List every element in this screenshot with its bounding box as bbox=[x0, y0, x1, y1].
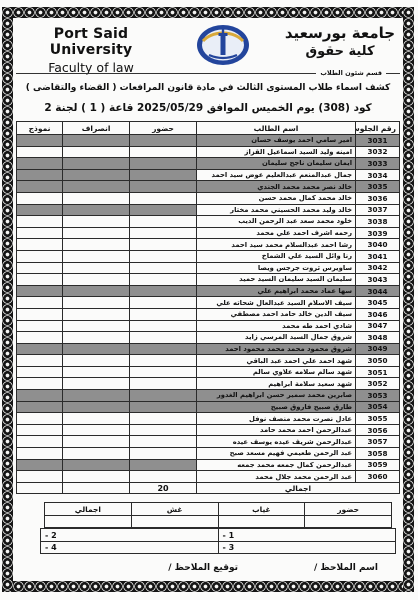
decorative-border-left bbox=[2, 7, 13, 592]
student-row: 3055عادل نصرت محمد منصف نوفل bbox=[17, 413, 400, 425]
attendance-cell bbox=[130, 401, 197, 413]
summary-header-1: غياب bbox=[218, 503, 305, 516]
form-cell bbox=[17, 285, 63, 297]
form-cell bbox=[17, 239, 63, 251]
leave-cell bbox=[63, 239, 130, 251]
total-form-cell bbox=[17, 482, 63, 494]
leave-cell bbox=[63, 320, 130, 332]
leave-cell bbox=[63, 181, 130, 193]
student-row: 3034جمال عبدالمنعم عبدالعليم عوض سيد احم… bbox=[17, 169, 400, 181]
seat-number-cell: 3057 bbox=[356, 436, 400, 448]
leave-cell bbox=[63, 227, 130, 239]
seat-number-cell: 3049 bbox=[356, 343, 400, 355]
seat-number-cell: 3052 bbox=[356, 378, 400, 390]
faculty-name-ar: كلية حقوق bbox=[280, 44, 400, 59]
student-name-cell: سليمان السيد سليمان السيد حميد bbox=[197, 274, 356, 286]
attendance-cell bbox=[130, 158, 197, 170]
attendance-cell bbox=[130, 378, 197, 390]
attendance-cell bbox=[130, 332, 197, 344]
student-row: 3045سيف الاسلام السيد عبدالعال شحاته علي bbox=[17, 297, 400, 309]
form-cell bbox=[17, 343, 63, 355]
leave-cell bbox=[63, 216, 130, 228]
student-row: 3050شهد احمد علي احمد عبد الباقي bbox=[17, 355, 400, 367]
leave-cell bbox=[63, 413, 130, 425]
attendance-cell bbox=[130, 297, 197, 309]
summary-header-row: حضورغيابغشاجمالي bbox=[45, 503, 392, 516]
seat-number-cell: 3036 bbox=[356, 192, 400, 204]
summary-header-0: حضور bbox=[305, 503, 392, 516]
student-row: 3039رحمه اشرف احمد علي محمد bbox=[17, 227, 400, 239]
leave-cell bbox=[63, 448, 130, 460]
leave-cell bbox=[63, 297, 130, 309]
attendance-cell bbox=[130, 366, 197, 378]
student-name-cell: صابرين محمد سمير حسن ابراهيم الغدور bbox=[197, 390, 356, 402]
seat-number-cell: 3032 bbox=[356, 146, 400, 158]
form-cell bbox=[17, 401, 63, 413]
seat-number-cell: 3059 bbox=[356, 459, 400, 471]
form-cell bbox=[17, 262, 63, 274]
student-name-cell: رشا احمد عبدالسلام محمد سيد احمد bbox=[197, 239, 356, 251]
seat-number-cell: 3039 bbox=[356, 227, 400, 239]
seat-number-cell: 3051 bbox=[356, 366, 400, 378]
summary-table: حضورغيابغشاجمالي bbox=[44, 502, 392, 528]
exam-session-info: كود (308) يوم الخميس الموافق 2025/05/29 … bbox=[16, 102, 400, 114]
attendance-cell bbox=[130, 181, 197, 193]
student-name-cell: شهد سالم سلامه علاوي سالم bbox=[197, 366, 356, 378]
student-row: 3046سيف الدين خالد حامد احمد مصطفي bbox=[17, 308, 400, 320]
form-cell bbox=[17, 250, 63, 262]
seat-number-cell: 3058 bbox=[356, 448, 400, 460]
seat-number-cell: 3055 bbox=[356, 413, 400, 425]
student-name-cell: خلود محمد سعد عبد الرحمن الديب bbox=[197, 216, 356, 228]
leave-cell bbox=[63, 332, 130, 344]
form-cell bbox=[17, 424, 63, 436]
attendance-cell bbox=[130, 471, 197, 483]
leave-cell bbox=[63, 343, 130, 355]
attendance-cell bbox=[130, 343, 197, 355]
attendance-cell bbox=[130, 135, 197, 147]
form-cell bbox=[17, 135, 63, 147]
form-cell bbox=[17, 297, 63, 309]
student-name-cell: سيف الاسلام السيد عبدالعال شحاته علي bbox=[197, 297, 356, 309]
student-row: 3036خالد محمد كمال محمد حسن bbox=[17, 192, 400, 204]
seat-number-cell: 3045 bbox=[356, 297, 400, 309]
note-line-1: - 1 bbox=[218, 529, 396, 542]
seat-number-cell: 3041 bbox=[356, 250, 400, 262]
student-name-cell: خالد نصر محمد محمد الجندي bbox=[197, 181, 356, 193]
observer-signature-label: توقيع الملاحظ / bbox=[168, 563, 238, 573]
form-cell bbox=[17, 308, 63, 320]
student-name-cell: عادل نصرت محمد منصف نوفل bbox=[197, 413, 356, 425]
student-row: 3051شهد سالم سلامه علاوي سالم bbox=[17, 366, 400, 378]
leave-cell bbox=[63, 355, 130, 367]
col-header-seat-number: رقم الجلوس bbox=[356, 122, 400, 135]
attendance-cell bbox=[130, 285, 197, 297]
leave-cell bbox=[63, 135, 130, 147]
leave-cell bbox=[63, 250, 130, 262]
attendance-cell bbox=[130, 250, 197, 262]
department-label: قسم شئون الطلاب bbox=[316, 69, 386, 77]
student-row: 3033ايمان سليمان ناجح سليمان bbox=[17, 158, 400, 170]
attendance-cell bbox=[130, 192, 197, 204]
attendance-sheet-page: { "header": { "university_en": "Port Sai… bbox=[0, 0, 418, 600]
seat-number-cell: 3060 bbox=[356, 471, 400, 483]
form-cell bbox=[17, 204, 63, 216]
seat-number-cell: 3035 bbox=[356, 181, 400, 193]
student-row: 3054طارق صبيح فاروق صبيح bbox=[17, 401, 400, 413]
notes-row: - 1 - 2 bbox=[41, 529, 396, 542]
col-header-leave: انصراف bbox=[63, 122, 130, 135]
form-cell bbox=[17, 459, 63, 471]
total-leave-cell bbox=[63, 482, 130, 494]
form-cell bbox=[17, 192, 63, 204]
note-line-4: - 4 bbox=[41, 541, 219, 554]
attendance-cell bbox=[130, 424, 197, 436]
notes-row: - 3 - 4 bbox=[41, 541, 396, 554]
student-row: 3042ساويرس ثروت جرجس ويصا bbox=[17, 262, 400, 274]
summary-header-3: اجمالي bbox=[45, 503, 132, 516]
summary-header-2: غش bbox=[131, 503, 218, 516]
student-name-cell: طارق صبيح فاروق صبيح bbox=[197, 401, 356, 413]
student-row: 3031امير سامي احمد يوسف حسان bbox=[17, 135, 400, 147]
student-name-cell: خالد وليد محمد الحسيني محمد مختار bbox=[197, 204, 356, 216]
student-row: 3043سليمان السيد سليمان السيد حميد bbox=[17, 274, 400, 286]
student-name-cell: عبدالرحمن كمال جمعه محمد جمعه bbox=[197, 459, 356, 471]
leave-cell bbox=[63, 169, 130, 181]
form-cell bbox=[17, 158, 63, 170]
summary-value-cell bbox=[131, 516, 218, 528]
seat-number-cell: 3031 bbox=[356, 135, 400, 147]
seat-number-cell: 3033 bbox=[356, 158, 400, 170]
student-row: 3040رشا احمد عبدالسلام محمد سيد احمد bbox=[17, 239, 400, 251]
form-cell bbox=[17, 471, 63, 483]
leave-cell bbox=[63, 158, 130, 170]
seat-number-cell: 3046 bbox=[356, 308, 400, 320]
col-header-student-name: اسم الطالب bbox=[197, 122, 356, 135]
student-name-cell: خالد محمد كمال محمد حسن bbox=[197, 192, 356, 204]
student-row: 3057عبدالرحمن شريف عيده يوسف عيده bbox=[17, 436, 400, 448]
attendance-cell bbox=[130, 239, 197, 251]
leave-cell bbox=[63, 366, 130, 378]
note-line-3: - 3 bbox=[218, 541, 396, 554]
student-row: 3059عبدالرحمن كمال جمعه محمد جمعه bbox=[17, 459, 400, 471]
leave-cell bbox=[63, 401, 130, 413]
student-row: 3044سها عماد محمد ابراهيم علي bbox=[17, 285, 400, 297]
attendance-table-header-row: رقم الجلوس اسم الطالب حضور انصراف نموذج bbox=[17, 122, 400, 135]
form-cell bbox=[17, 448, 63, 460]
decorative-border-top bbox=[2, 7, 414, 18]
leave-cell bbox=[63, 459, 130, 471]
seat-number-cell: 3034 bbox=[356, 169, 400, 181]
attendance-cell bbox=[130, 308, 197, 320]
student-name-cell: ساويرس ثروت جرجس ويصا bbox=[197, 262, 356, 274]
decorative-border-right bbox=[403, 7, 414, 592]
form-cell bbox=[17, 320, 63, 332]
attendance-cell bbox=[130, 204, 197, 216]
sheet-title: كشف اسماء طلاب المستوى الثالث في مادة قا… bbox=[16, 83, 400, 93]
student-name-cell: عبد الرحمن طعيمي فهيم مسعد صبح bbox=[197, 448, 356, 460]
leave-cell bbox=[63, 204, 130, 216]
leave-cell bbox=[63, 436, 130, 448]
notes-grid: - 1 - 2 - 3 - 4 bbox=[40, 528, 396, 554]
summary-value-cell bbox=[218, 516, 305, 528]
student-name-cell: شهد احمد علي احمد عبد الباقي bbox=[197, 355, 356, 367]
student-row: 3047شادي احمد طه محمد bbox=[17, 320, 400, 332]
seat-number-cell: 3037 bbox=[356, 204, 400, 216]
attendance-cell bbox=[130, 436, 197, 448]
form-cell bbox=[17, 227, 63, 239]
student-name-cell: امينه وليد السيد اسماعيل القزاز bbox=[197, 146, 356, 158]
attendance-cell bbox=[130, 274, 197, 286]
student-row: 3035خالد نصر محمد محمد الجندي bbox=[17, 181, 400, 193]
leave-cell bbox=[63, 390, 130, 402]
student-row: 3056عبدالرحمن احمد محمد حامد bbox=[17, 424, 400, 436]
col-header-attendance: حضور bbox=[130, 122, 197, 135]
seat-number-cell: 3056 bbox=[356, 424, 400, 436]
summary-empty-row bbox=[45, 516, 392, 528]
student-row: 3037خالد وليد محمد الحسيني محمد مختار bbox=[17, 204, 400, 216]
attendance-cell bbox=[130, 146, 197, 158]
attendance-cell bbox=[130, 227, 197, 239]
form-cell bbox=[17, 146, 63, 158]
student-name-cell: شروق جمال السيد المرسي زايد bbox=[197, 332, 356, 344]
student-name-cell: عبد الرحمن محمد جلال محمد bbox=[197, 471, 356, 483]
student-row: 3041رنا وائل السيد علي الشماخ bbox=[17, 250, 400, 262]
leave-cell bbox=[63, 308, 130, 320]
seat-number-cell: 3044 bbox=[356, 285, 400, 297]
leave-cell bbox=[63, 378, 130, 390]
student-row: 3049شروق محمود محمد محمد محمود احمد bbox=[17, 343, 400, 355]
university-name-ar: جامعة بورسعيد bbox=[280, 24, 400, 42]
form-cell bbox=[17, 216, 63, 228]
student-row: 3032امينه وليد السيد اسماعيل القزاز bbox=[17, 146, 400, 158]
form-cell bbox=[17, 181, 63, 193]
attendance-cell bbox=[130, 320, 197, 332]
leave-cell bbox=[63, 274, 130, 286]
leave-cell bbox=[63, 285, 130, 297]
student-row: 3058عبد الرحمن طعيمي فهيم مسعد صبح bbox=[17, 448, 400, 460]
student-name-cell: سها عماد محمد ابراهيم علي bbox=[197, 285, 356, 297]
attendance-cell bbox=[130, 459, 197, 471]
university-title-arabic: جامعة بورسعيد كلية حقوق bbox=[280, 23, 400, 59]
leave-cell bbox=[63, 471, 130, 483]
attendance-table: رقم الجلوس اسم الطالب حضور انصراف نموذج … bbox=[16, 121, 400, 494]
form-cell bbox=[17, 390, 63, 402]
summary-value-cell bbox=[305, 516, 392, 528]
attendance-cell bbox=[130, 448, 197, 460]
attendance-cell bbox=[130, 355, 197, 367]
student-name-cell: شادي احمد طه محمد bbox=[197, 320, 356, 332]
seat-number-cell: 3038 bbox=[356, 216, 400, 228]
form-cell bbox=[17, 413, 63, 425]
total-row: اجمالي 20 bbox=[17, 482, 400, 494]
student-name-cell: امير سامي احمد يوسف حسان bbox=[197, 135, 356, 147]
decorative-border-bottom bbox=[2, 581, 414, 592]
university-title-english: Port Said University Faculty of law bbox=[16, 23, 166, 75]
seat-number-cell: 3042 bbox=[356, 262, 400, 274]
form-cell bbox=[17, 355, 63, 367]
observer-name-label: اسم الملاحظ / bbox=[314, 563, 378, 573]
seat-number-cell: 3043 bbox=[356, 274, 400, 286]
leave-cell bbox=[63, 192, 130, 204]
form-cell bbox=[17, 274, 63, 286]
col-header-form: نموذج bbox=[17, 122, 63, 135]
student-name-cell: شهد سعيد سلامة ابراهيم bbox=[197, 378, 356, 390]
sheet-content: Port Said University Faculty of law جامع… bbox=[16, 18, 400, 581]
student-name-cell: جمال عبدالمنعم عبدالعليم عوض سيد احمد bbox=[197, 169, 356, 181]
student-row: 3053صابرين محمد سمير حسن ابراهيم الغدور bbox=[17, 390, 400, 402]
leave-cell bbox=[63, 424, 130, 436]
total-label: اجمالي bbox=[197, 482, 400, 494]
seat-number-cell: 3050 bbox=[356, 355, 400, 367]
attendance-cell bbox=[130, 169, 197, 181]
student-name-cell: سيف الدين خالد حامد احمد مصطفي bbox=[197, 308, 356, 320]
form-cell bbox=[17, 436, 63, 448]
seat-number-cell: 3047 bbox=[356, 320, 400, 332]
leave-cell bbox=[63, 146, 130, 158]
page-header: Port Said University Faculty of law جامع… bbox=[16, 23, 400, 67]
student-row: 3048شروق جمال السيد المرسي زايد bbox=[17, 332, 400, 344]
student-name-cell: شروق محمود محمد محمد محمود احمد bbox=[197, 343, 356, 355]
summary-value-cell bbox=[45, 516, 132, 528]
form-cell bbox=[17, 169, 63, 181]
attendance-cell bbox=[130, 262, 197, 274]
seat-number-cell: 3048 bbox=[356, 332, 400, 344]
note-line-2: - 2 bbox=[41, 529, 219, 542]
university-logo-icon bbox=[195, 23, 251, 67]
student-name-cell: رنا وائل السيد علي الشماخ bbox=[197, 250, 356, 262]
student-row: 3060عبد الرحمن محمد جلال محمد bbox=[17, 471, 400, 483]
student-row: 3038خلود محمد سعد عبد الرحمن الديب bbox=[17, 216, 400, 228]
rule-segment-right bbox=[386, 73, 400, 74]
total-attendance-value: 20 bbox=[130, 482, 197, 494]
leave-cell bbox=[63, 262, 130, 274]
attendance-cell bbox=[130, 390, 197, 402]
attendance-cell bbox=[130, 216, 197, 228]
seat-number-cell: 3053 bbox=[356, 390, 400, 402]
university-name-en: Port Said University bbox=[16, 26, 166, 58]
student-name-cell: عبدالرحمن احمد محمد حامد bbox=[197, 424, 356, 436]
form-cell bbox=[17, 332, 63, 344]
student-row: 3052شهد سعيد سلامة ابراهيم bbox=[17, 378, 400, 390]
student-name-cell: عبدالرحمن شريف عيده يوسف عيده bbox=[197, 436, 356, 448]
attendance-cell bbox=[130, 413, 197, 425]
form-cell bbox=[17, 366, 63, 378]
student-name-cell: ايمان سليمان ناجح سليمان bbox=[197, 158, 356, 170]
form-cell bbox=[17, 378, 63, 390]
signature-row: اسم الملاحظ / توقيع الملاحظ / bbox=[16, 563, 400, 573]
student-name-cell: رحمه اشرف احمد علي محمد bbox=[197, 227, 356, 239]
seat-number-cell: 3040 bbox=[356, 239, 400, 251]
rule-segment-left bbox=[16, 73, 316, 74]
seat-number-cell: 3054 bbox=[356, 401, 400, 413]
